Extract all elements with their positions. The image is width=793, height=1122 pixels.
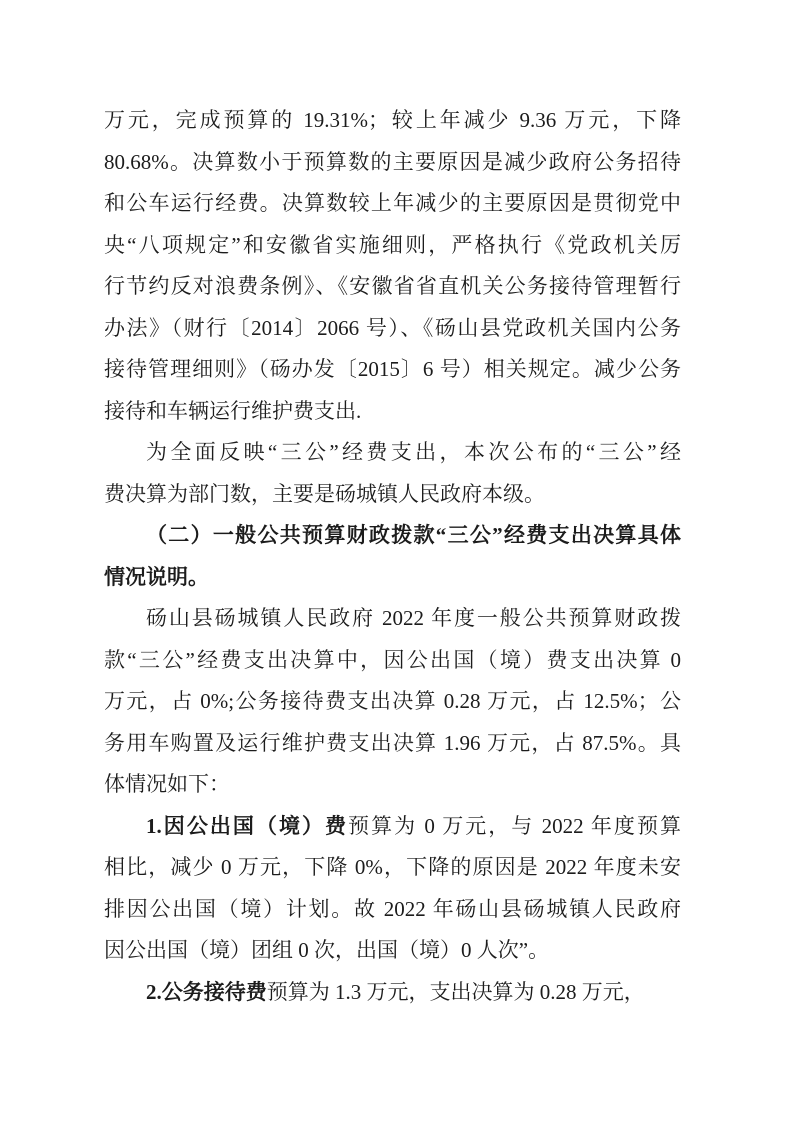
text-line: 务用车购置及运行维护费支出决算 1.96 万元，占 87.5%。具: [104, 723, 681, 765]
para-section-heading-2: （二）一般公共预算财政拨款“三公”经费支出决算具体情况说明。: [104, 515, 681, 598]
para-continuation-three-public-funds-overview: 万元，完成预算的 19.31%；较上年减少 9.36 万元，下降80.68%。决…: [104, 100, 681, 432]
bold-text-segment: （二）一般公共预算财政拨款“三公”经费支出决算具体: [146, 523, 681, 547]
para-expenditure-breakdown: 砀山县砀城镇人民政府 2022 年度一般公共预算财政拨款“三公”经费支出决算中，…: [104, 598, 681, 806]
text-segment: 80.68%。决算数小于预算数的主要原因是减少政府公务招待: [104, 150, 681, 174]
text-line: 1.因公出国（境）费预算为 0 万元，与 2022 年度预算: [104, 806, 681, 848]
text-segment: 预算为 0 万元，与 2022 年度预算: [348, 814, 681, 838]
text-line: 费决算为部门数，主要是砀城镇人民政府本级。: [104, 474, 681, 516]
text-line: 相比，减少 0 万元，下降 0%，下降的原因是 2022 年度未安: [104, 847, 681, 889]
text-line: 80.68%。决算数小于预算数的主要原因是减少政府公务招待: [104, 142, 681, 184]
text-segment: 办法》（财行〔2014〕2066 号）、《砀山县党政机关国内公务: [104, 316, 681, 340]
text-line: 万元，占 0%;公务接待费支出决算 0.28 万元，占 12.5%；公: [104, 681, 681, 723]
text-segment: 因公出国（境）团组 0 次，出国（境）0 人次”。: [104, 938, 549, 962]
document-page: 万元，完成预算的 19.31%；较上年减少 9.36 万元，下降80.68%。决…: [0, 0, 793, 1122]
text-line: 央“八项规定”和安徽省实施细则，严格执行《党政机关厉: [104, 225, 681, 267]
text-line: 办法》（财行〔2014〕2066 号）、《砀山县党政机关国内公务: [104, 308, 681, 350]
text-segment: 为全面反映“三公”经费支出，本次公布的“三公”经: [146, 440, 681, 464]
text-line: 和公车运行经费。决算数较上年减少的主要原因是贯彻党中: [104, 183, 681, 225]
text-segment: 和公车运行经费。决算数较上年减少的主要原因是贯彻党中: [104, 191, 681, 215]
para-item-1-overseas-travel: 1.因公出国（境）费预算为 0 万元，与 2022 年度预算相比，减少 0 万元…: [104, 806, 681, 972]
text-segment: 砀山县砀城镇人民政府 2022 年度一般公共预算财政拨: [146, 606, 681, 630]
text-segment: 接待和车辆运行维护费支出.: [104, 399, 361, 423]
text-line: 款“三公”经费支出决算中，因公出国（境）费支出决算 0: [104, 640, 681, 682]
bold-text-segment: 2.公务接待费: [146, 980, 267, 1004]
text-segment: 体情况如下：: [104, 772, 230, 796]
text-segment: 款“三公”经费支出决算中，因公出国（境）费支出决算 0: [104, 648, 681, 672]
text-segment: 相比，减少 0 万元，下降 0%，下降的原因是 2022 年度未安: [104, 855, 681, 879]
text-segment: 预算为 1.3 万元，支出决算为 0.28 万元，: [267, 980, 645, 1004]
text-segment: 务用车购置及运行维护费支出决算 1.96 万元，占 87.5%。具: [104, 731, 681, 755]
text-line: 排因公出国（境）计划。故 2022 年砀山县砀城镇人民政府: [104, 889, 681, 931]
text-line: 2.公务接待费预算为 1.3 万元，支出决算为 0.28 万元，: [104, 972, 681, 1014]
text-line: 体情况如下：: [104, 764, 681, 806]
text-line: 行节约反对浪费条例》、《安徽省省直机关公务接待管理暂行: [104, 266, 681, 308]
text-line: 因公出国（境）团组 0 次，出国（境）0 人次”。: [104, 930, 681, 972]
bold-text-segment: 1.因公出国（境）费: [146, 814, 348, 838]
bold-text-segment: 情况说明。: [104, 565, 209, 589]
text-segment: 万元，占 0%;公务接待费支出决算 0.28 万元，占 12.5%；公: [104, 689, 681, 713]
text-line: 砀山县砀城镇人民政府 2022 年度一般公共预算财政拨: [104, 598, 681, 640]
para-item-2-official-reception: 2.公务接待费预算为 1.3 万元，支出决算为 0.28 万元，: [104, 972, 681, 1014]
text-segment: 费决算为部门数，主要是砀城镇人民政府本级。: [104, 482, 545, 506]
text-segment: 排因公出国（境）计划。故 2022 年砀山县砀城镇人民政府: [104, 897, 681, 921]
text-line: 接待管理细则》（砀办发〔2015〕6 号）相关规定。减少公务: [104, 349, 681, 391]
text-line: （二）一般公共预算财政拨款“三公”经费支出决算具体: [104, 515, 681, 557]
text-line: 万元，完成预算的 19.31%；较上年减少 9.36 万元，下降: [104, 100, 681, 142]
document-text-block: 万元，完成预算的 19.31%；较上年减少 9.36 万元，下降80.68%。决…: [104, 100, 681, 1013]
para-scope-note: 为全面反映“三公”经费支出，本次公布的“三公”经费决算为部门数，主要是砀城镇人民…: [104, 432, 681, 515]
text-line: 情况说明。: [104, 557, 681, 599]
text-segment: 央“八项规定”和安徽省实施细则，严格执行《党政机关厉: [104, 233, 681, 257]
text-line: 接待和车辆运行维护费支出.: [104, 391, 681, 433]
text-segment: 接待管理细则》（砀办发〔2015〕6 号）相关规定。减少公务: [104, 357, 681, 381]
text-segment: 行节约反对浪费条例》、《安徽省省直机关公务接待管理暂行: [104, 274, 681, 298]
text-segment: 万元，完成预算的 19.31%；较上年减少 9.36 万元，下降: [104, 108, 681, 132]
text-line: 为全面反映“三公”经费支出，本次公布的“三公”经: [104, 432, 681, 474]
